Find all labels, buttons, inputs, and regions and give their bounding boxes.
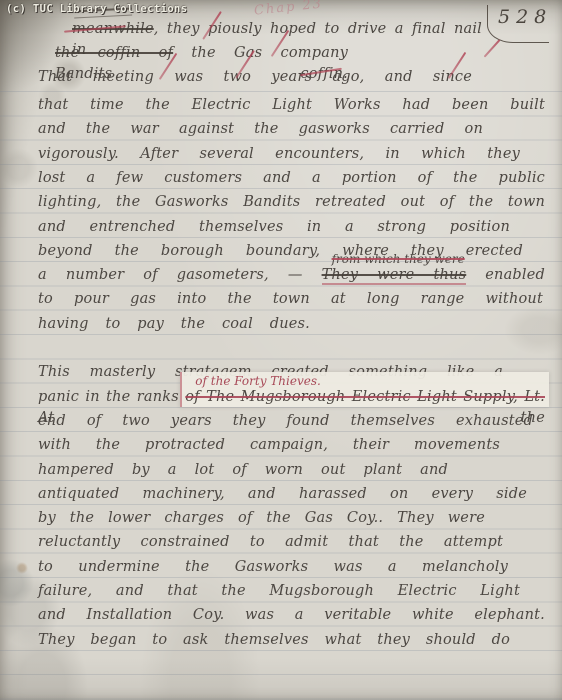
manuscript-line: with the protracted campaign, their move… xyxy=(38,435,500,459)
deleted-text: the coffin of xyxy=(55,45,173,61)
handwritten-text: reluctantly constrained to admit that th… xyxy=(38,534,503,550)
manuscript-line: by the lower charges of the Gas Coy.. Th… xyxy=(38,508,485,532)
handwritten-text: to undermine the Gasworks was a melancho… xyxy=(38,559,508,575)
manuscript-line: panic in the ranks of The Mugsborough El… xyxy=(38,387,545,411)
manuscript-line: That meeting was two years ago, and sinc… xyxy=(38,67,472,91)
manuscript-line: the coffin of the Gas company Bandits co… xyxy=(55,43,348,67)
handwritten-text: having to pay the coal dues. xyxy=(38,316,310,332)
handwritten-text: That meeting was two years ago, and sinc… xyxy=(38,69,472,85)
interline-insertion: from which they were xyxy=(332,253,465,265)
manuscript-line: to pour gas into the town at long range … xyxy=(38,289,543,313)
manuscript-line: meanwhile, they piously hoped to drive a… xyxy=(72,19,482,43)
handwritten-text: vigorously. After several encounters, in… xyxy=(38,146,520,162)
handwritten-text: hampered by a lot of worn out plant and xyxy=(38,462,448,478)
manuscript-line: that time the Electric Light Works had b… xyxy=(38,95,545,119)
manuscript-line: and the war against the gasworks carried… xyxy=(38,119,483,143)
page-number: 528 xyxy=(498,6,552,28)
manuscript-line xyxy=(38,338,545,362)
handwritten-text: enabled xyxy=(466,267,545,283)
handwritten-text: and the war against the gasworks carried… xyxy=(38,121,483,137)
handwritten-text: failure, and that the Mugsborough Electr… xyxy=(38,583,520,599)
deleted-text: They were thusfrom which they were xyxy=(322,267,467,285)
handwritten-text: antiquated machinery, and harassed on ev… xyxy=(38,486,527,502)
handwritten-text: lost a few customers and a portion of th… xyxy=(38,170,545,186)
handwritten-text: They began to ask themselves what they s… xyxy=(38,632,510,648)
handwritten-text: with the protracted campaign, their move… xyxy=(38,437,500,453)
manuscript-line: lighting, the Gasworks Bandits retreated… xyxy=(38,192,545,216)
manuscript-line: They began to ask themselves what they s… xyxy=(38,630,510,654)
manuscript-line: failure, and that the Mugsborough Electr… xyxy=(38,581,520,605)
manuscript-line: a number of gasometers, — They were thus… xyxy=(38,265,545,289)
manuscript-line: having to pay the coal dues. xyxy=(38,314,310,338)
manuscript-line: and entrenched themselves in a strong po… xyxy=(38,217,510,241)
manuscript-line: reluctantly constrained to admit that th… xyxy=(38,532,503,556)
handwritten-text: lighting, the Gasworks Bandits retreated… xyxy=(38,194,545,210)
manuscript-line: end of two years they found themselves e… xyxy=(38,411,533,435)
manuscript-line: vigorously. After several encounters, in… xyxy=(38,144,520,168)
manuscript-line: hampered by a lot of worn out plant and xyxy=(38,460,448,484)
library-watermark: (c) TUC Library Collections xyxy=(6,3,187,15)
manuscript-line: to undermine the Gasworks was a melancho… xyxy=(38,557,508,581)
manuscript-line: and Installation Coy. was a veritable wh… xyxy=(38,605,545,629)
manuscript-line: antiquated machinery, and harassed on ev… xyxy=(38,484,527,508)
handwritten-text: and entrenched themselves in a strong po… xyxy=(38,219,510,235)
handwritten-text: panic in the ranks xyxy=(38,389,185,405)
manuscript-page: (c) TUC Library Collections Chap 23 528 … xyxy=(0,0,562,700)
handwritten-text: and Installation Coy. was a veritable wh… xyxy=(38,607,545,623)
handwritten-text: by the lower charges of the Gas Coy.. Th… xyxy=(38,510,485,526)
handwritten-text: to pour gas into the town at long range … xyxy=(38,291,543,307)
handwritten-text: end of two years they found themselves e… xyxy=(38,413,533,429)
handwritten-text: that time the Electric Light Works had b… xyxy=(38,97,545,113)
deleted-text: of The Mugsborough Electric Light Supply… xyxy=(185,389,545,405)
manuscript-line: lost a few customers and a portion of th… xyxy=(38,168,545,192)
red-ink-insertion: of the Forty Thieves. xyxy=(195,375,321,387)
handwritten-text: a number of gasometers, — xyxy=(38,267,322,283)
